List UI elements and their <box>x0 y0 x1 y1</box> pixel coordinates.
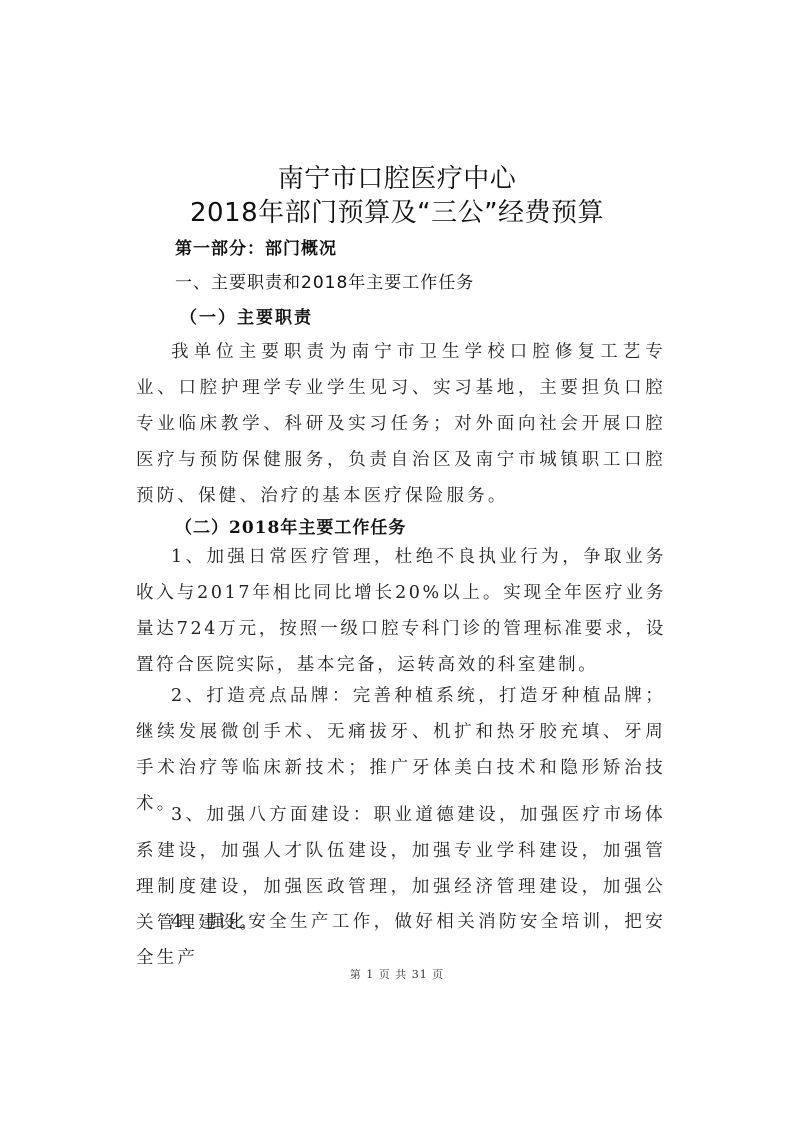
document-title-line1: 南宁市口腔医疗中心 <box>0 158 794 195</box>
part-heading: 第一部分：部门概况 <box>175 234 337 259</box>
page-number-footer: 第 1 页 共 31 页 <box>0 966 794 982</box>
document-page: 南宁市口腔医疗中心 2018年部门预算及“三公”经费预算 第一部分：部门概况 一… <box>0 0 794 1123</box>
document-title-line2: 2018年部门预算及“三公”经费预算 <box>0 192 794 229</box>
section-heading: 一、主要职责和2018年主要工作任务 <box>175 268 474 293</box>
subsection-heading-tasks: （二）2018年主要工作任务 <box>175 513 406 538</box>
duties-paragraph: 我单位主要职责为南宁市卫生学校口腔修复工艺专业、口腔护理学专业学生见习、实习基地… <box>136 334 666 514</box>
task-paragraph-1: 1、加强日常医疗管理，杜绝不良执业行为，争取业务收入与2017年相比同比增长20… <box>136 539 666 683</box>
subsection-heading-duties: （一）主要职责 <box>180 303 313 328</box>
